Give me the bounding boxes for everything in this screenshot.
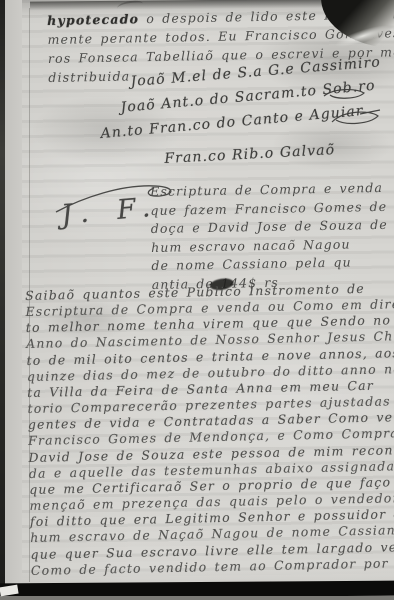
scanned-manuscript-page: hypotecado o despois de lido este Instro… xyxy=(0,0,394,600)
page-binding-edge xyxy=(5,0,23,600)
deed-title-block: Escriptura de Compra e venda que fazem F… xyxy=(150,179,394,295)
scan-edge-bottom-strip xyxy=(0,596,394,600)
deed-body-paragraph: Saibaõ quantos este Publico Instromento … xyxy=(25,280,394,579)
lead-word: hypotecado xyxy=(47,11,139,28)
manuscript-paper: hypotecado o despois de lido este Instro… xyxy=(22,0,394,600)
margin-rule-line xyxy=(29,8,30,582)
signature-line: Fran.co Rib.o Galvaõ xyxy=(164,142,336,167)
